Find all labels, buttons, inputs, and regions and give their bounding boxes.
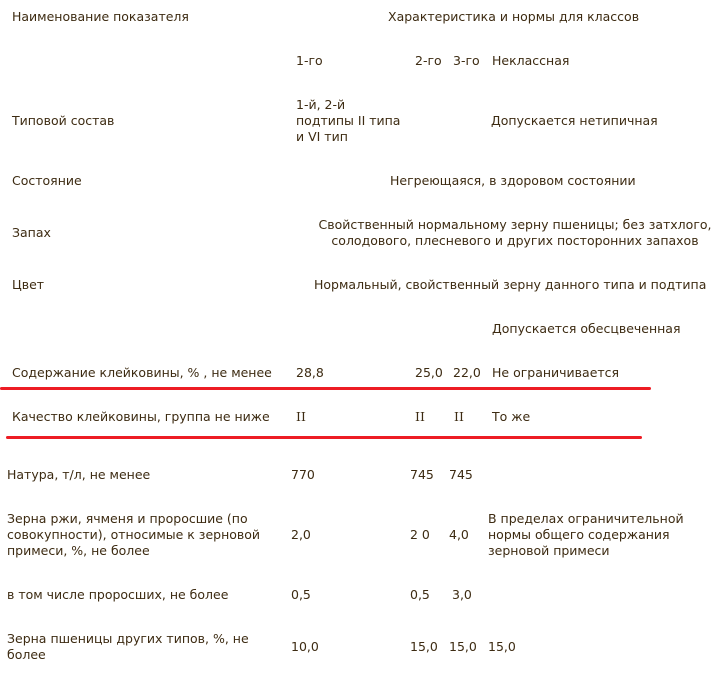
row-type-nonclass: Допускается нетипичная [491,113,658,129]
row-gluten-content-class3: 22,0 [453,365,481,381]
row-gluten-quality-class3: II [454,409,464,425]
row-rye-class1: 2,0 [291,527,311,543]
row-smell-value-line1: Свойственный нормальному зерну пшеницы; … [300,217,727,233]
red-underline-gluten-content [0,387,651,390]
row-rye-name-line3: примеси, %, не более [7,543,150,559]
row-gluten-quality-class1: II [296,409,306,425]
row-rye-nonclass-line3: зерновой примеси [488,543,610,559]
row-nature-class1: 770 [291,467,315,483]
row-sprouted-class3: 3,0 [452,587,472,603]
row-sprouted-class1: 0,5 [291,587,311,603]
row-gluten-quality-nonclass: То же [492,409,530,425]
header-class-1: 1-го [296,53,323,69]
row-type-name: Типовой состав [12,113,114,129]
row-nature-class2: 745 [410,467,434,483]
row-rye-class3: 4,0 [449,527,469,543]
row-type-class1-line3: и VI тип [296,129,348,145]
row-nature-class3: 745 [449,467,473,483]
header-indicator: Наименование показателя [12,9,189,25]
row-type-class1-line2: подтипы II типа [296,113,400,129]
row-other-wheat-name-line2: более [7,647,46,663]
red-underline-gluten-quality [6,436,642,439]
row-nature-name: Натура, т/л, не менее [7,467,150,483]
row-color-nonclass: Допускается обесцвеченная [492,321,681,337]
row-color-value: Нормальный, свойственный зерну данного т… [314,277,706,293]
row-gluten-content-name: Содержание клейковины, % , не менее [12,365,272,381]
row-type-class1-line1: 1-й, 2-й [296,97,345,113]
row-other-wheat-nonclass: 15,0 [488,639,516,655]
row-sprouted-name: в том числе проросших, не более [7,587,228,603]
row-other-wheat-class1: 10,0 [291,639,319,655]
row-other-wheat-class2: 15,0 [410,639,438,655]
row-rye-nonclass-line1: В пределах ограничительной [488,511,684,527]
row-gluten-content-class2: 25,0 [415,365,443,381]
header-class-nonclass: Неклассная [492,53,569,69]
header-class-3: 3-го [453,53,480,69]
header-class-2: 2-го [415,53,442,69]
row-gluten-quality-class2: II [415,409,425,425]
row-gluten-quality-name: Качество клейковины, группа не ниже [12,409,270,425]
row-other-wheat-class3: 15,0 [449,639,477,655]
row-smell-value-line2: солодового, плесневого и других посторон… [300,233,727,249]
row-color-name: Цвет [12,277,44,293]
row-gluten-content-nonclass: Не ограничивается [492,365,619,381]
row-rye-name-line1: Зерна ржи, ячменя и проросшие (по [7,511,248,527]
row-state-value: Негреющаяся, в здоровом состоянии [390,173,636,189]
row-gluten-content-class1: 28,8 [296,365,324,381]
row-rye-nonclass-line2: нормы общего содержания [488,527,670,543]
header-characteristics: Характеристика и нормы для классов [388,9,639,25]
row-rye-class2: 2 0 [410,527,430,543]
row-sprouted-class2: 0,5 [410,587,430,603]
row-rye-name-line2: совокупности), относимые к зерновой [7,527,260,543]
row-state-name: Состояние [12,173,82,189]
row-smell-name: Запах [12,225,51,241]
row-other-wheat-name-line1: Зерна пшеницы других типов, %, не [7,631,249,647]
